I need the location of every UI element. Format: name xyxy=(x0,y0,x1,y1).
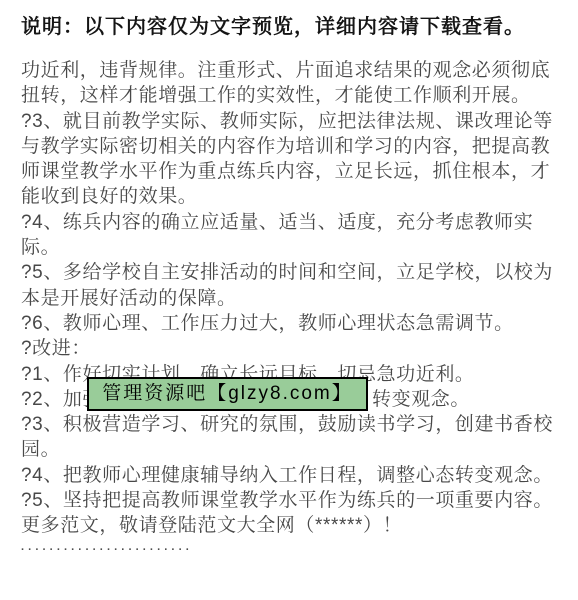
text-line: 功近利，违背规律。注重形式、片面追求结果的观念必须彻底 xyxy=(21,58,570,83)
text-line: ?4、把教师心理健康辅导纳入工作日程，调整心态转变观念。 xyxy=(21,463,570,488)
text-line: ?5、多给学校自主安排活动的时间和空间，立足学校，以校为 xyxy=(21,260,570,285)
text-line: 与教学实际密切相关的内容作为培训和学习的内容，把提高教 xyxy=(21,134,570,159)
watermark-box: 管理资源吧【glzy8.com】 xyxy=(87,377,368,411)
text-line: ?3、就目前教学实际、教师实际，应把法律法规、课改理论等 xyxy=(21,109,570,134)
text-line: 本是开展好活动的保障。 xyxy=(21,286,570,311)
text-line: ?3、积极营造学习、研究的氛围，鼓励读书学习，创建书香校 xyxy=(21,412,570,437)
text-line: ?改进： xyxy=(21,336,570,361)
text-line: 扭转，这样才能增强工作的实效性，才能使工作顺利开展。 xyxy=(21,83,570,108)
text-line: ?6、教师心理、工作压力过大，教师心理状态急需调节。 xyxy=(21,311,570,336)
watermark-line: ?2、加强 管理资源吧【glzy8.com】 转变观念。 xyxy=(21,387,570,412)
text-line: ?4、练兵内容的确立应适量、适当、适度，充分考虑教师实 xyxy=(21,210,570,235)
text-line: 园。 xyxy=(21,437,570,462)
watermark-line-after: 转变观念。 xyxy=(372,387,470,412)
preview-notice: 说明：以下内容仅为文字预览，详细内容请下载查看。 xyxy=(21,15,568,40)
text-line: 师课堂教学水平作为重点练兵内容，立足长远，抓住根本，才 xyxy=(21,159,570,184)
document-preview-page: 说明：以下内容仅为文字预览，详细内容请下载查看。 功近利，违背规律。注重形式、片… xyxy=(0,0,578,600)
text-line: 能收到良好的效果。 xyxy=(21,184,570,209)
text-line: 际。 xyxy=(21,235,570,260)
document-body: 功近利，违背规律。注重形式、片面追求结果的观念必须彻底 扭转，这样才能增强工作的… xyxy=(21,58,570,561)
watermark-text: 管理资源吧【glzy8.com】 xyxy=(102,383,353,404)
text-line: ?5、坚持把提高教师课堂教学水平作为练兵的一项重要内容。 xyxy=(21,488,570,513)
text-line: 更多范文，敬请登陆范文大全网（******）！ xyxy=(21,513,570,538)
dots-line: ························ xyxy=(21,539,570,561)
